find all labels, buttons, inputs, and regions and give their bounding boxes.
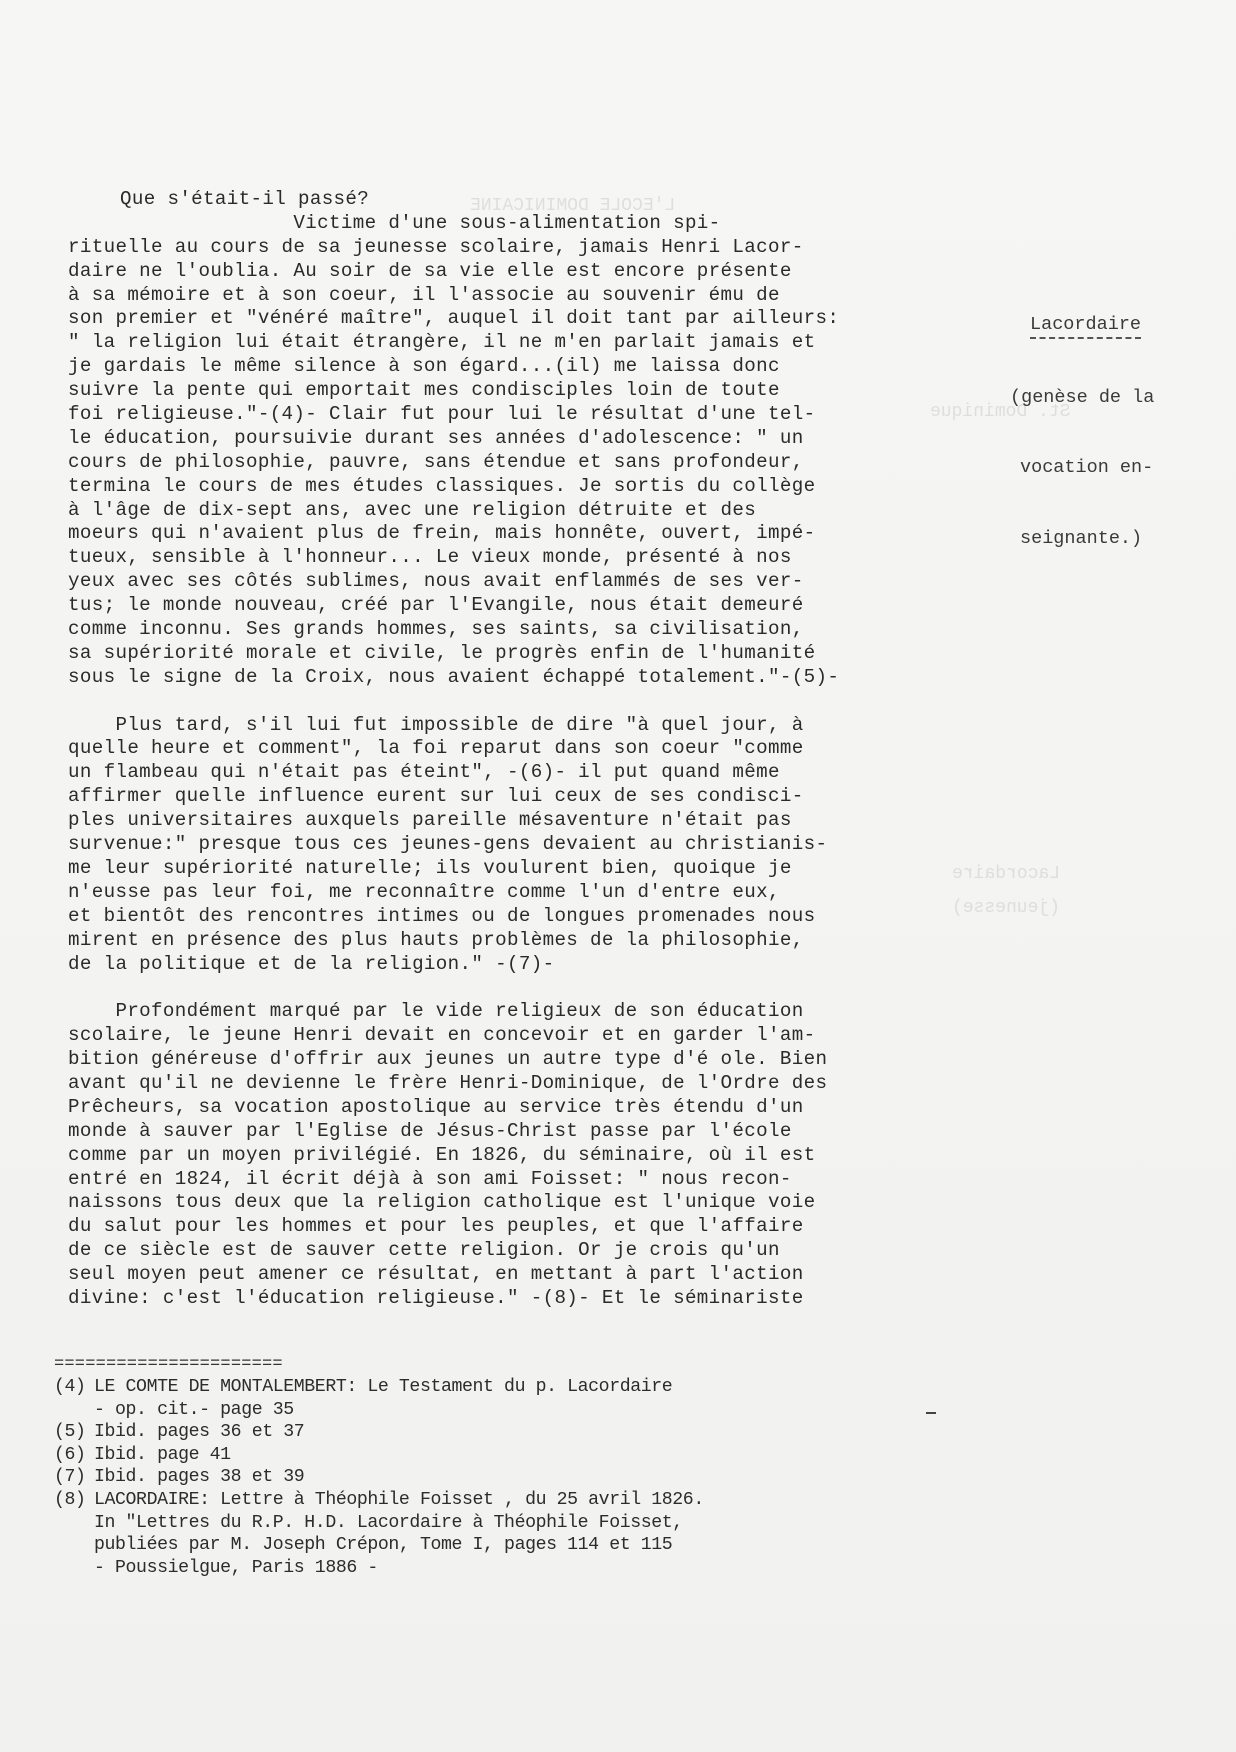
text-line: à l'âge de dix-sept ans, avec une religi…: [68, 499, 928, 523]
text-line: de ce siècle est de sauver cette religio…: [68, 1239, 928, 1263]
margin-note-title: Lacordaire: [1030, 313, 1141, 339]
footnote-text: Ibid. pages 38 et 39: [94, 1467, 304, 1487]
margin-note: Lacordaire (genèse de la vocation en- se…: [1010, 266, 1230, 597]
show-through-margin-2-title: Lacordaire: [952, 862, 1060, 886]
text-line: de la politique et de la religion." -(7)…: [68, 953, 928, 977]
footnote-number: (4): [54, 1376, 94, 1399]
text-line: termina le cours de mes études classique…: [68, 475, 928, 499]
text-line: quelle heure et comment", la foi reparut…: [68, 737, 928, 761]
paragraph: Victime d'une sous-alimentation spi-ritu…: [68, 212, 928, 690]
text-line: un flambeau qui n'était pas éteint", -(6…: [68, 761, 928, 785]
text-line: Plus tard, s'il lui fut impossible de di…: [68, 714, 928, 738]
text-line: Victime d'une sous-alimentation spi-: [68, 212, 928, 236]
text-line: tueux, sensible à l'honneur... Le vieux …: [68, 546, 928, 570]
text-line: survenue:" presque tous ces jeunes-gens …: [68, 833, 928, 857]
text-line: sous le signe de la Croix, nous avaient …: [68, 666, 928, 690]
footnote: (8)LACORDAIRE: Lettre à Théophile Foisse…: [54, 1489, 934, 1512]
footnote: (4)LE COMTE DE MONTALEMBERT: Le Testamen…: [54, 1376, 934, 1399]
text-line: entré en 1824, il écrit déjà à son ami F…: [68, 1168, 928, 1192]
footnote-number: (5): [54, 1421, 94, 1444]
text-line: suivre la pente qui emportait mes condis…: [68, 379, 928, 403]
text-line: le éducation, poursuivie durant ses anné…: [68, 427, 928, 451]
text-line: bition généreuse d'offrir aux jeunes un …: [68, 1048, 928, 1072]
footnote: (6)Ibid. page 41: [54, 1444, 934, 1467]
footnote: (7)Ibid. pages 38 et 39: [54, 1466, 934, 1489]
text-line: je gardais le même silence à son égard..…: [68, 355, 928, 379]
text-line: n'eusse pas leur foi, me reconnaître com…: [68, 881, 928, 905]
text-line: seul moyen peut amener ce résultat, en m…: [68, 1263, 928, 1287]
footnote-number: (6): [54, 1444, 94, 1467]
text-line: comme inconnu. Ses grands hommes, ses sa…: [68, 618, 928, 642]
text-line: cours de philosophie, pauvre, sans étend…: [68, 451, 928, 475]
margin-note-line: (genèse de la: [1010, 386, 1230, 410]
footnote-text: Ibid. pages 36 et 37: [94, 1422, 304, 1442]
text-line: scolaire, le jeune Henri devait en conce…: [68, 1024, 928, 1048]
document-page: L'ECOLE DOMINICAINE St. Dominique Lacord…: [0, 0, 1236, 1752]
text-line: ples universitaires auxquels pareille mé…: [68, 809, 928, 833]
footnote-continuation: - op. cit.- page 35: [54, 1399, 934, 1422]
paragraphs: Victime d'une sous-alimentation spi-ritu…: [68, 212, 928, 1311]
footnote: (5)Ibid. pages 36 et 37: [54, 1421, 934, 1444]
text-line: et bientôt des rencontres intimes ou de …: [68, 905, 928, 929]
footnote-continuation: publiées par M. Joseph Crépon, Tome I, p…: [54, 1534, 934, 1557]
text-line: rituelle au cours de sa jeunesse scolair…: [68, 236, 928, 260]
text-line: comme par un moyen privilégié. En 1826, …: [68, 1144, 928, 1168]
text-line: yeux avec ses côtés sublimes, nous avait…: [68, 570, 928, 594]
text-line: Prêcheurs, sa vocation apostolique au se…: [68, 1096, 928, 1120]
text-line: à sa mémoire et à son coeur, il l'associ…: [68, 284, 928, 308]
footnote-text: LACORDAIRE: Lettre à Théophile Foisset ,…: [94, 1490, 704, 1510]
footnote-text: LE COMTE DE MONTALEMBERT: Le Testament d…: [94, 1377, 672, 1397]
text-line: sa supériorité morale et civile, le prog…: [68, 642, 928, 666]
footnote-continuation: In "Lettres du R.P. H.D. Lacordaire à Th…: [54, 1512, 934, 1535]
text-line: foi religieuse."-(4)- Clair fut pour lui…: [68, 403, 928, 427]
text-line: avant qu'il ne devienne le frère Henri-D…: [68, 1072, 928, 1096]
text-line: monde à sauver par l'Eglise de Jésus-Chr…: [68, 1120, 928, 1144]
text-line: du salut pour les hommes et pour les peu…: [68, 1215, 928, 1239]
text-line: me leur supériorité naturelle; ils voulu…: [68, 857, 928, 881]
paragraph-gap: [68, 690, 928, 714]
footnote-separator: ======================: [54, 1354, 934, 1376]
footnote-number: (8): [54, 1489, 94, 1512]
text-line: daire ne l'oublia. Au soir de sa vie ell…: [68, 260, 928, 284]
text-line: affirmer quelle influence eurent sur lui…: [68, 785, 928, 809]
paragraph: Plus tard, s'il lui fut impossible de di…: [68, 714, 928, 977]
text-line: " la religion lui était étrangère, il ne…: [68, 331, 928, 355]
footnote-text: Ibid. page 41: [94, 1445, 231, 1465]
margin-note-line: vocation en-: [1020, 456, 1230, 480]
footnote-continuation: - Poussielgue, Paris 1886 -: [54, 1557, 934, 1580]
show-through-margin-2-sub: (jeunesse): [952, 896, 1060, 920]
text-line: divine: c'est l'éducation religieuse." -…: [68, 1287, 928, 1311]
text-line: Profondément marqué par le vide religieu…: [68, 1000, 928, 1024]
footnotes: ====================== (4)LE COMTE DE MO…: [54, 1354, 934, 1579]
text-line: naissons tous deux que la religion catho…: [68, 1191, 928, 1215]
footnote-list: (4)LE COMTE DE MONTALEMBERT: Le Testamen…: [54, 1376, 934, 1579]
text-line: tus; le monde nouveau, créé par l'Evangi…: [68, 594, 928, 618]
paragraph: Profondément marqué par le vide religieu…: [68, 1000, 928, 1311]
text-line: moeurs qui n'avaient plus de frein, mais…: [68, 522, 928, 546]
text-line: mirent en présence des plus hauts problè…: [68, 929, 928, 953]
text-line: son premier et "vénéré maître", auquel i…: [68, 307, 928, 331]
margin-note-line: seignante.): [1020, 527, 1230, 551]
paragraph-gap: [68, 976, 928, 1000]
opening-question: Que s'était-il passé?: [68, 188, 928, 212]
footnote-number: (7): [54, 1466, 94, 1489]
body-text: Que s'était-il passé? Victime d'une sous…: [68, 188, 928, 1311]
